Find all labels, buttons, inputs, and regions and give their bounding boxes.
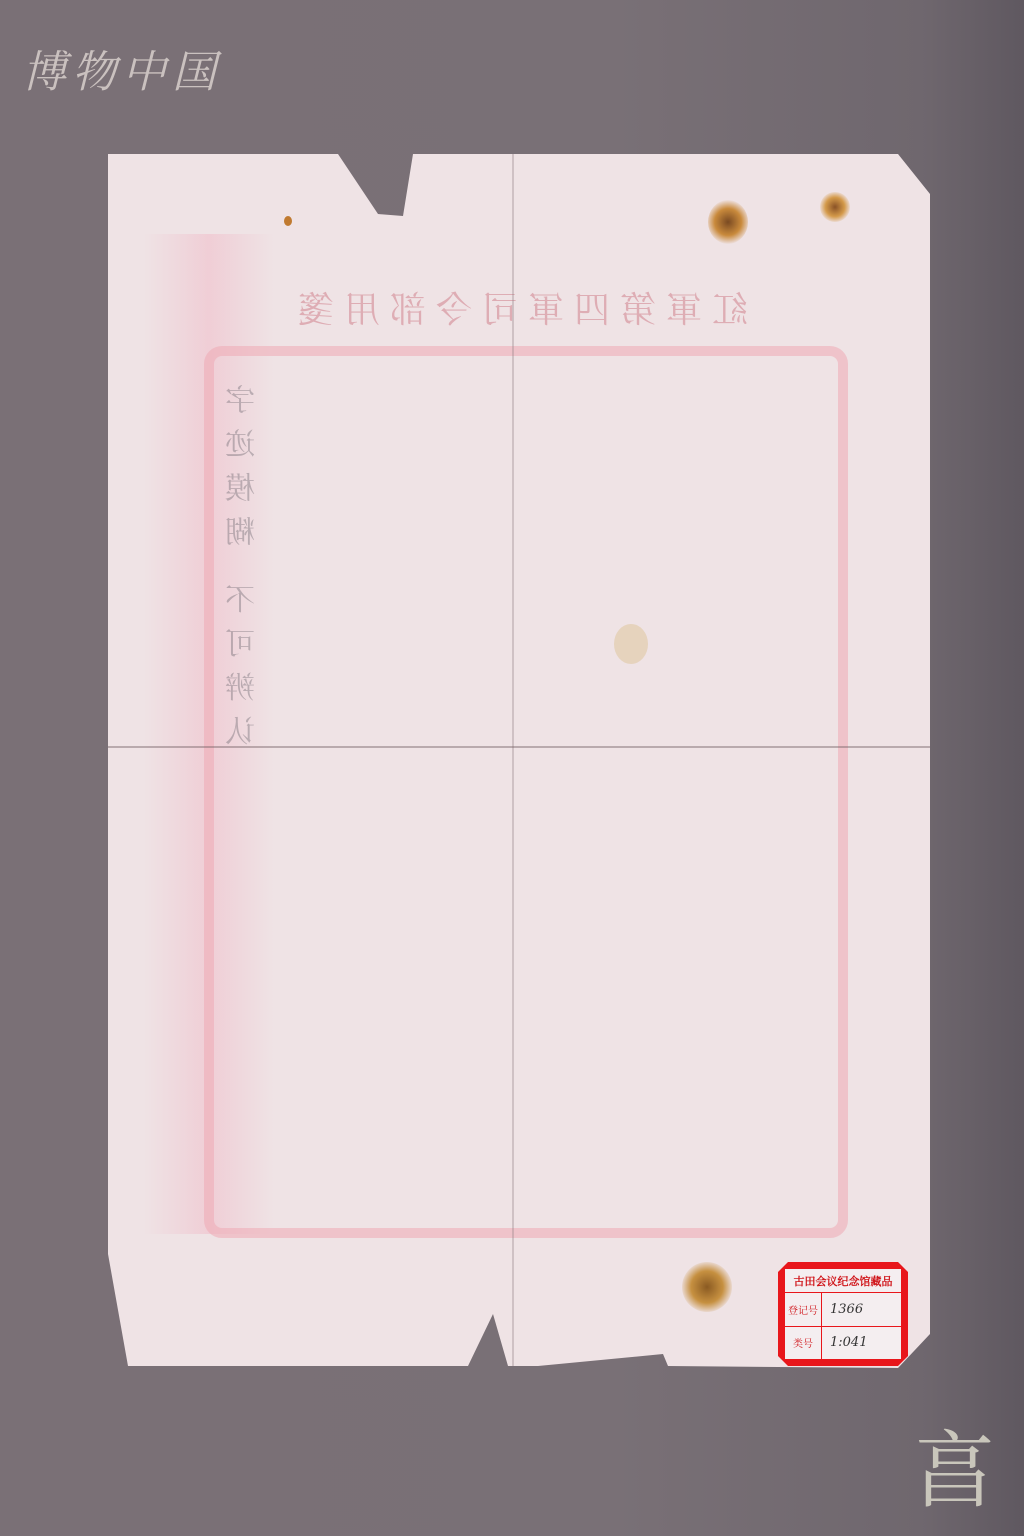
label-key: 登记号 [785,1293,822,1326]
vertical-fold-line [512,154,514,1368]
historical-letter: 紅軍第四軍司令部用箋 字迹模糊 不可辨认 [108,154,930,1368]
rust-stain [682,1262,732,1312]
label-title: 古田会议纪念馆藏品 [785,1269,901,1293]
label-key: 类号 [785,1327,822,1360]
label-row-registration: 登记号 1366 [785,1293,901,1327]
rust-stain [820,192,850,222]
letterhead-title: 紅軍第四軍司令部用箋 [218,282,818,333]
watermark-text: 博物中国 [22,36,222,100]
horizontal-fold-line [108,746,930,748]
museum-collection-label: 古田会议纪念馆藏品 登记号 1366 类号 1:041 [778,1262,908,1366]
label-value: 1366 [822,1302,901,1317]
label-value: 1:041 [822,1335,901,1350]
handwritten-text-faded: 字迹模糊 不可辨认 [218,384,818,1224]
label-row-category: 类号 1:041 [785,1327,901,1360]
rust-spot [284,216,292,226]
rust-stain [708,200,748,244]
water-stain [614,624,648,664]
pavilion-logo-icon: 亯 [904,1424,1004,1518]
